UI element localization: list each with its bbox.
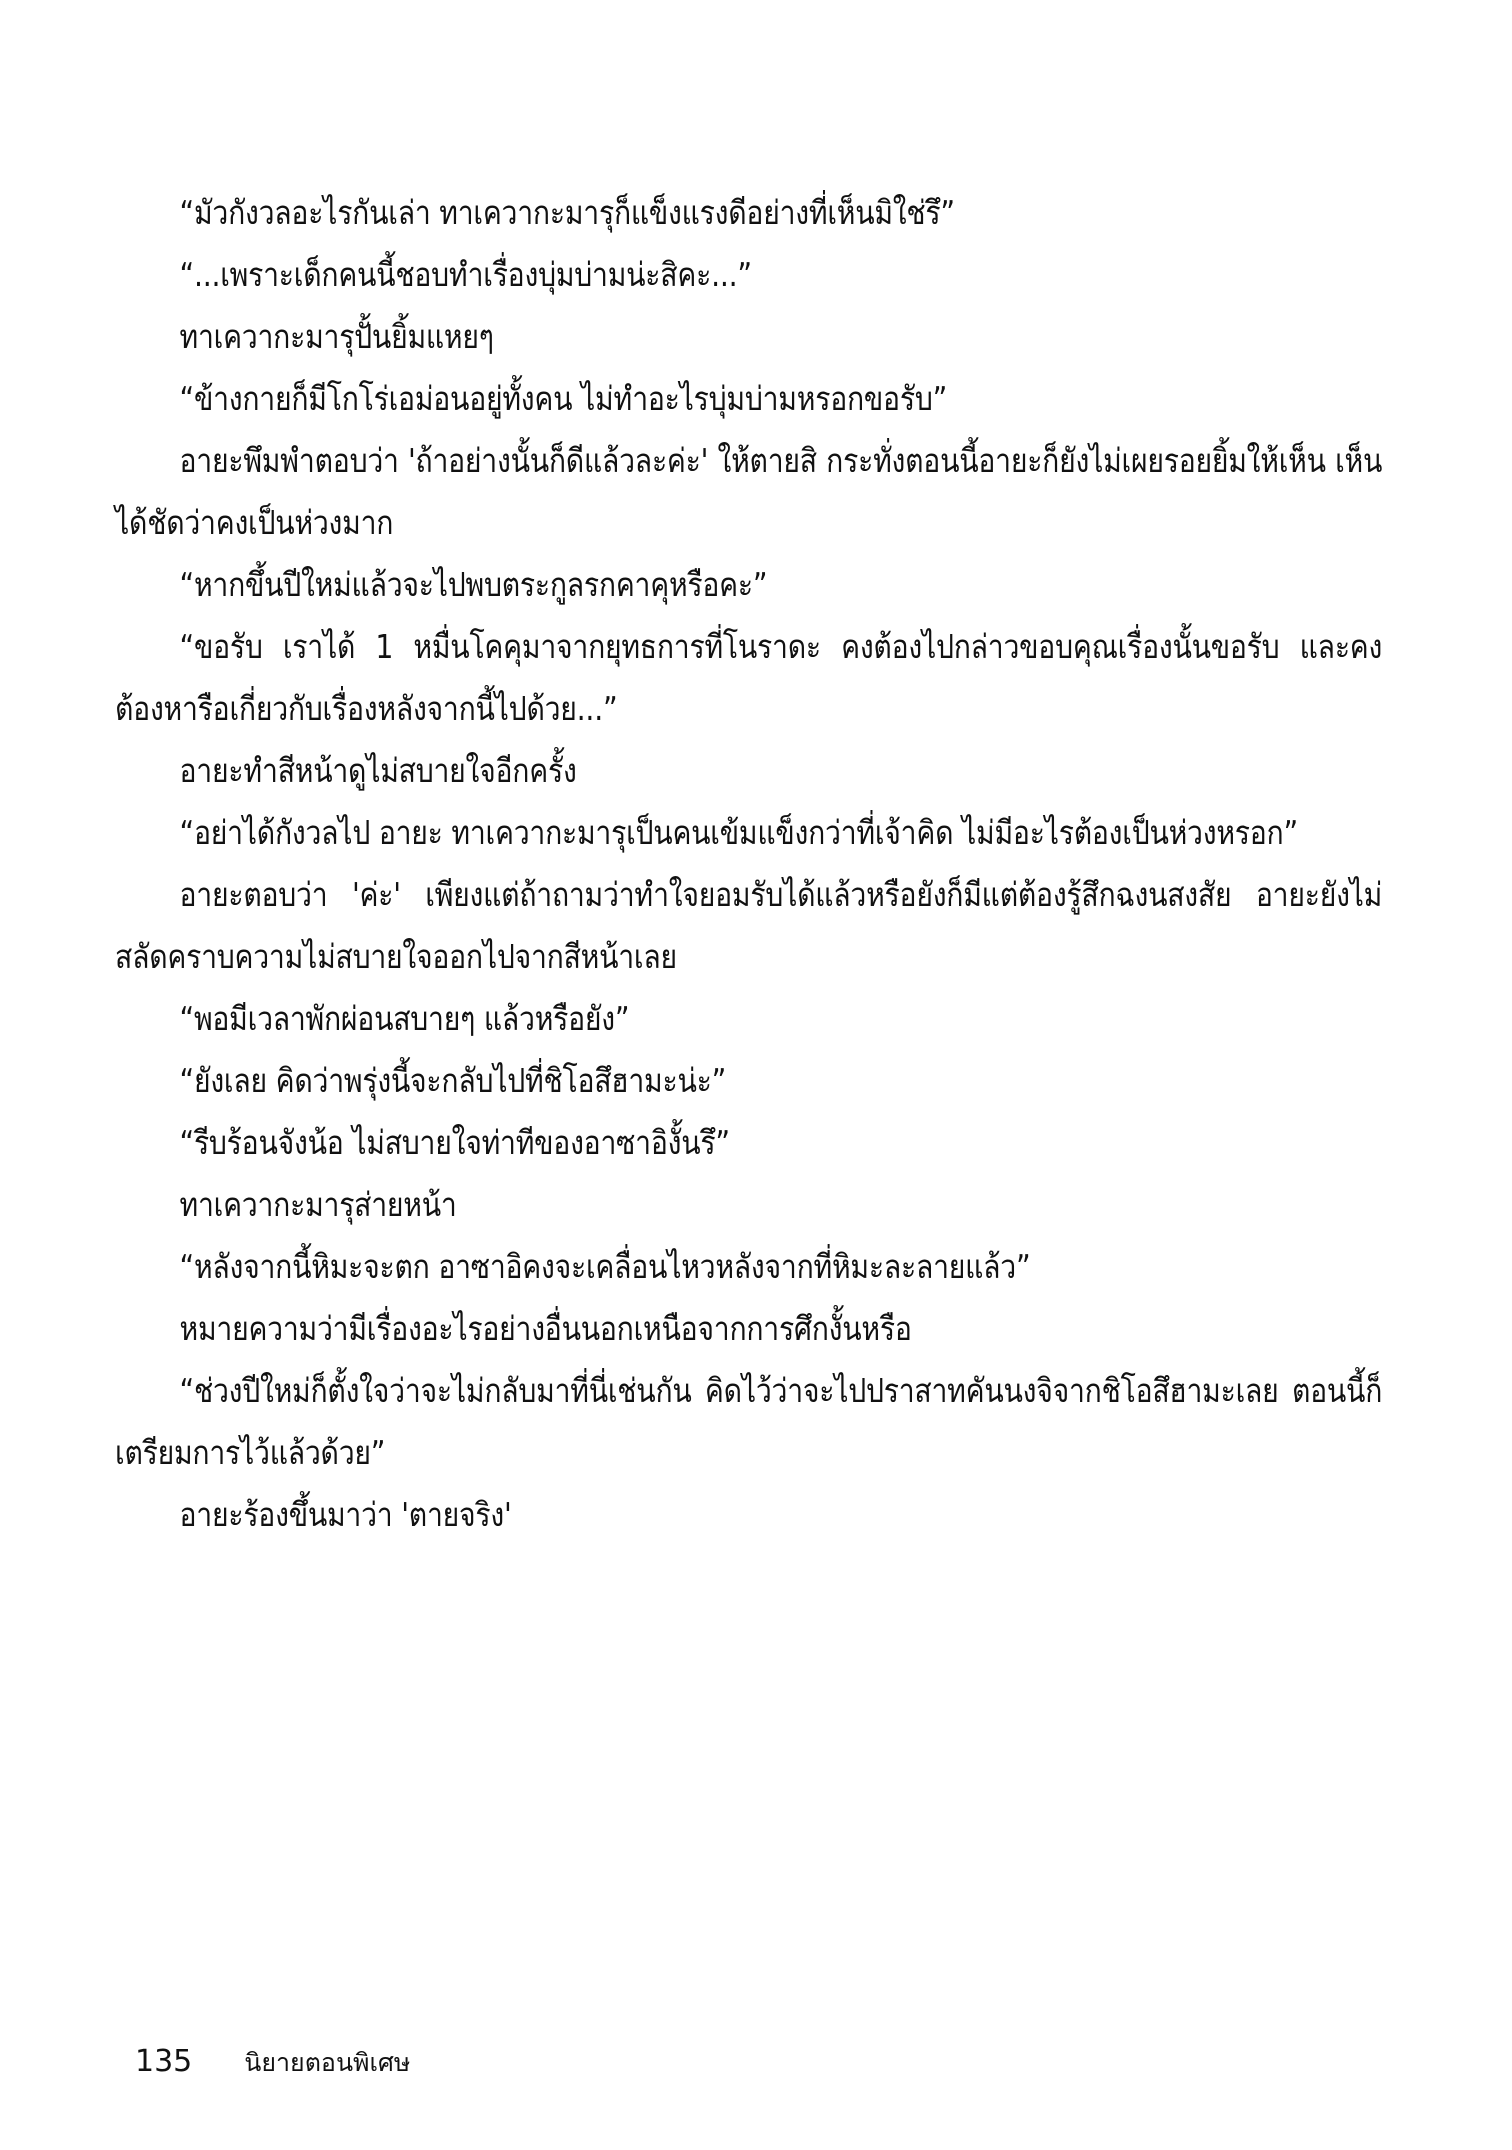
paragraph: อายะพึมพำตอบว่า 'ถ้าอย่างนั้นก็ดีแล้วละค… xyxy=(115,430,1382,554)
running-title: นิยายตอนพิเศษ xyxy=(244,2043,410,2083)
paragraph: “ข้างกายก็มีโกโร่เอม่อนอยู่ทั้งคน ไม่ทำอ… xyxy=(115,368,1382,430)
paragraph: “รีบร้อนจังน้อ ไม่สบายใจท่าทีของอาซาอิงั… xyxy=(115,1112,1382,1174)
paragraph: “ขอรับ เราได้ 1 หมื่นโคคุมาจากยุทธการที่… xyxy=(115,616,1382,740)
paragraph: ทาเควากะมารุส่ายหน้า xyxy=(115,1174,1382,1236)
paragraph: “มัวกังวลอะไรกันเล่า ทาเควากะมารุก็แข็งแ… xyxy=(115,182,1382,244)
paragraph: ทาเควากะมารุปั้นยิ้มแหยๆ xyxy=(115,306,1382,368)
paragraph: “พอมีเวลาพักผ่อนสบายๆ แล้วหรือยัง” xyxy=(115,988,1382,1050)
paragraph: “อย่าได้กังวลไป อายะ ทาเควากะมารุเป็นคนเ… xyxy=(115,802,1382,864)
paragraph: หมายความว่ามีเรื่องอะไรอย่างอื่นนอกเหนือ… xyxy=(115,1298,1382,1360)
paragraph: อายะร้องขึ้นมาว่า 'ตายจริง' xyxy=(115,1484,1382,1546)
page-number: 135 xyxy=(135,2044,192,2079)
paragraph: อายะตอบว่า 'ค่ะ' เพียงแต่ถ้าถามว่าทำใจยอ… xyxy=(115,864,1382,988)
paragraph: “หากขึ้นปีใหม่แล้วจะไปพบตระกูลรกคาคุหรือ… xyxy=(115,554,1382,616)
paragraph: “ยังเลย คิดว่าพรุ่งนี้จะกลับไปที่ชิโอสึฮ… xyxy=(115,1050,1382,1112)
body-text: “มัวกังวลอะไรกันเล่า ทาเควากะมารุก็แข็งแ… xyxy=(115,182,1383,1546)
paragraph: “ช่วงปีใหม่ก็ตั้งใจว่าจะไม่กลับมาที่นี่เ… xyxy=(115,1360,1382,1484)
page-footer: 135 นิยายตอนพิเศษ xyxy=(135,2043,410,2083)
paragraph: อายะทำสีหน้าดูไม่สบายใจอีกครั้ง xyxy=(115,740,1382,802)
paragraph: “หลังจากนี้หิมะจะตก อาซาอิคงจะเคลื่อนไหว… xyxy=(115,1236,1382,1298)
document-page: “มัวกังวลอะไรกันเล่า ทาเควากะมารุก็แข็งแ… xyxy=(0,0,1512,2150)
paragraph: “...เพราะเด็กคนนี้ชอบทำเรื่องบุ่มบ่ามน่ะ… xyxy=(115,244,1382,306)
